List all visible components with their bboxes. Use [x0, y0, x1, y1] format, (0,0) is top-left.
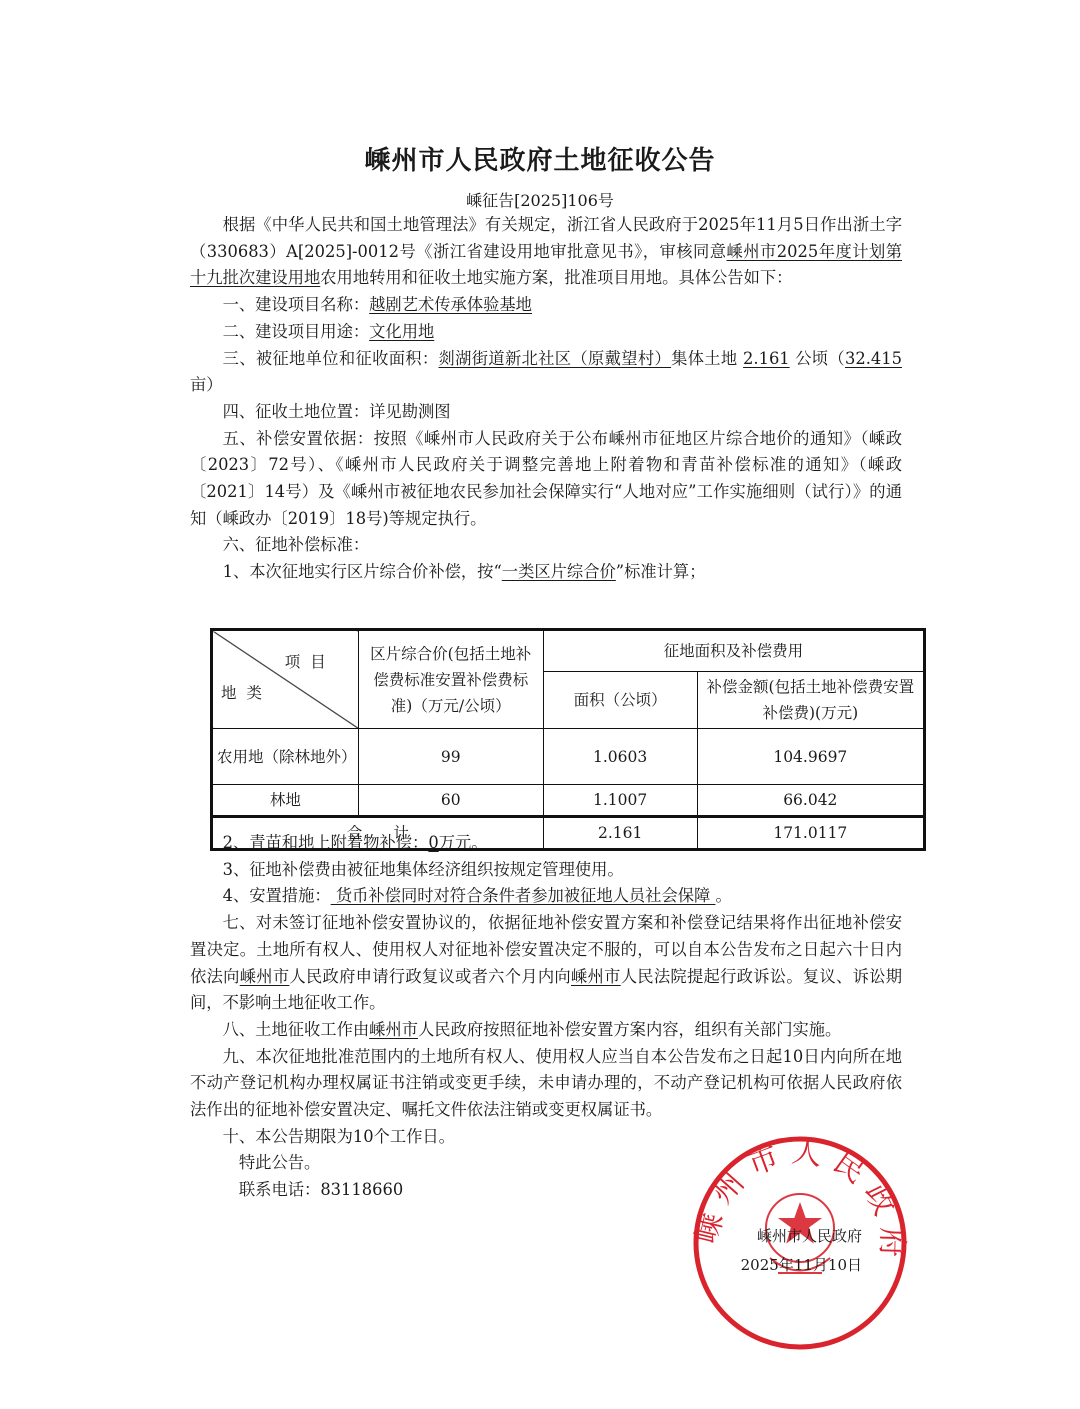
section-9: 九、本次征地批准范围内的土地所有权人、使用权人应当自本公告发布之日起10日内向所… [190, 1044, 902, 1124]
item-location: 四、征收土地位置：详见勘测图 [190, 399, 902, 426]
item-value: 越剧艺术传承体验基地 [369, 295, 532, 314]
area-mu: 32.415 [845, 349, 902, 368]
item-text: 。 [715, 886, 731, 905]
notice-page: 嵊州市人民政府土地征收公告 嵊征告[2025]106号 根据《中华人民共和国土地… [0, 0, 1080, 1409]
section-text: 人民政府申请行政复议或者六个月内向 [289, 967, 571, 986]
issuer-name: 嵊州市人民政府 [0, 1225, 862, 1246]
col-header-area: 面积（公顷） [543, 672, 697, 729]
cell-area: 1.1007 [543, 785, 697, 817]
corner-bottom-label: 地类 [221, 680, 272, 706]
document-number: 嵊征告[2025]106号 [0, 188, 1080, 211]
cell-price: 60 [358, 785, 543, 817]
item-basis: 五、补偿安置依据：按照《嵊州市人民政府关于公布嵊州市征地区片综合地价的通知》（嵊… [190, 426, 902, 533]
table-row: 农用地（除林地外） 99 1.0603 104.9697 [212, 729, 925, 785]
item-unit: 剡湖街道新北社区（原戴望村） [439, 349, 672, 368]
cell-price: 99 [358, 729, 543, 785]
item-value: 文化用地 [369, 322, 434, 341]
col-header-price: 区片综合价(包括土地补偿费标准安置补偿费标准)（万元/公顷） [358, 630, 543, 729]
intro-tail: 农用地转用和征收土地实施方案，批准项目用地。具体公告如下： [320, 268, 792, 287]
intro-paragraph: 根据《中华人民共和国土地管理法》有关规定，浙江省人民政府于2025年11月5日作… [190, 212, 902, 292]
svg-text:嵊州市人民政府: 嵊州市人民政府 [690, 1134, 909, 1268]
compensation-table-wrap: 项目 地类 区片综合价(包括土地补偿费标准安置补偿费标准)（万元/公顷） 征地面… [210, 628, 926, 851]
col-header-amount: 补偿金额(包括土地补偿费安置补偿费)(万元) [697, 672, 924, 729]
item-text: 1、本次征地实行区片综合价补偿，按“ [223, 562, 502, 581]
item-text: 亩） [190, 375, 223, 394]
cell-amount: 104.9697 [697, 729, 924, 785]
cell-area: 1.0603 [543, 729, 697, 785]
resettlement-measure: 货币补偿同时对符合条件者参加被征地人员社会保障 [331, 886, 716, 905]
item-standard-1: 1、本次征地实行区片综合价补偿，按“一类区片综合价”标准计算； [190, 559, 902, 586]
section-8: 八、土地征收工作由嵊州市人民政府按照征地补偿安置方案内容，组织有关部门实施。 [190, 1017, 902, 1044]
cell-amount: 66.042 [697, 785, 924, 817]
item-text: 万元。 [439, 833, 488, 852]
city-name: 嵊州市 [571, 967, 621, 986]
area-hectares: 2.161 [743, 349, 790, 368]
compensation-table: 项目 地类 区片综合价(包括土地补偿费标准安置补偿费标准)（万元/公顷） 征地面… [210, 628, 926, 851]
item-text: ”标准计算； [616, 562, 706, 581]
item-text: 公顷（ [795, 349, 845, 368]
section-text: 人民政府按照征地补偿安置方案内容，组织有关部门实施。 [418, 1020, 841, 1039]
notice-body: 根据《中华人民共和国土地管理法》有关规定，浙江省人民政府于2025年11月5日作… [190, 212, 902, 586]
item-text: 集体土地 [671, 349, 737, 368]
cell-type: 农用地（除林地外） [212, 729, 359, 785]
col-header-group: 征地面积及补偿费用 [543, 630, 924, 672]
item-label: 2、青苗和地上附着物补偿： [223, 833, 429, 852]
section-text: 八、土地征收工作由 [223, 1020, 370, 1039]
city-name: 嵊州市 [369, 1020, 418, 1039]
standard-3: 3、征地补偿费由被征地集体经济组织按规定管理使用。 [190, 857, 902, 884]
item-label: 三、被征地单位和征收面积： [223, 349, 439, 368]
cell-type: 林地 [212, 785, 359, 817]
price-category: 一类区片综合价 [502, 562, 616, 581]
phone-label: 联系电话： [239, 1180, 320, 1199]
item-label: 一、建设项目名称： [223, 295, 370, 314]
item-label: 二、建设项目用途： [223, 322, 370, 341]
section-7: 七、对未签订征地补偿安置协议的，依据征地补偿安置方案和补偿登记结果将作出征地补偿… [190, 910, 902, 1017]
item-project-name: 一、建设项目名称：越剧艺术传承体验基地 [190, 292, 902, 319]
corner-top-label: 项目 [285, 649, 336, 675]
city-name: 嵊州市 [240, 967, 290, 986]
issue-date: 2025年11月10日 [0, 1254, 862, 1275]
table-corner-header: 项目 地类 [212, 630, 359, 729]
item-expropriated-unit: 三、被征地单位和征收面积：剡湖街道新北社区（原戴望村）集体土地 2.161 公顷… [190, 346, 902, 399]
item-standard-heading: 六、征地补偿标准： [190, 532, 902, 559]
standard-4: 4、安置措施： 货币补偿同时对符合条件者参加被征地人员社会保障 。 [190, 883, 902, 910]
phone-number: 83118660 [320, 1180, 403, 1199]
item-label: 4、安置措施： [223, 886, 331, 905]
standard-2: 2、青苗和地上附着物补偿：0万元。 [190, 830, 902, 857]
page-title: 嵊州市人民政府土地征收公告 [0, 140, 1080, 177]
item-project-use: 二、建设项目用途：文化用地 [190, 319, 902, 346]
crop-compensation-value: 0 [428, 833, 438, 852]
table-row: 林地 60 1.1007 66.042 [212, 785, 925, 817]
